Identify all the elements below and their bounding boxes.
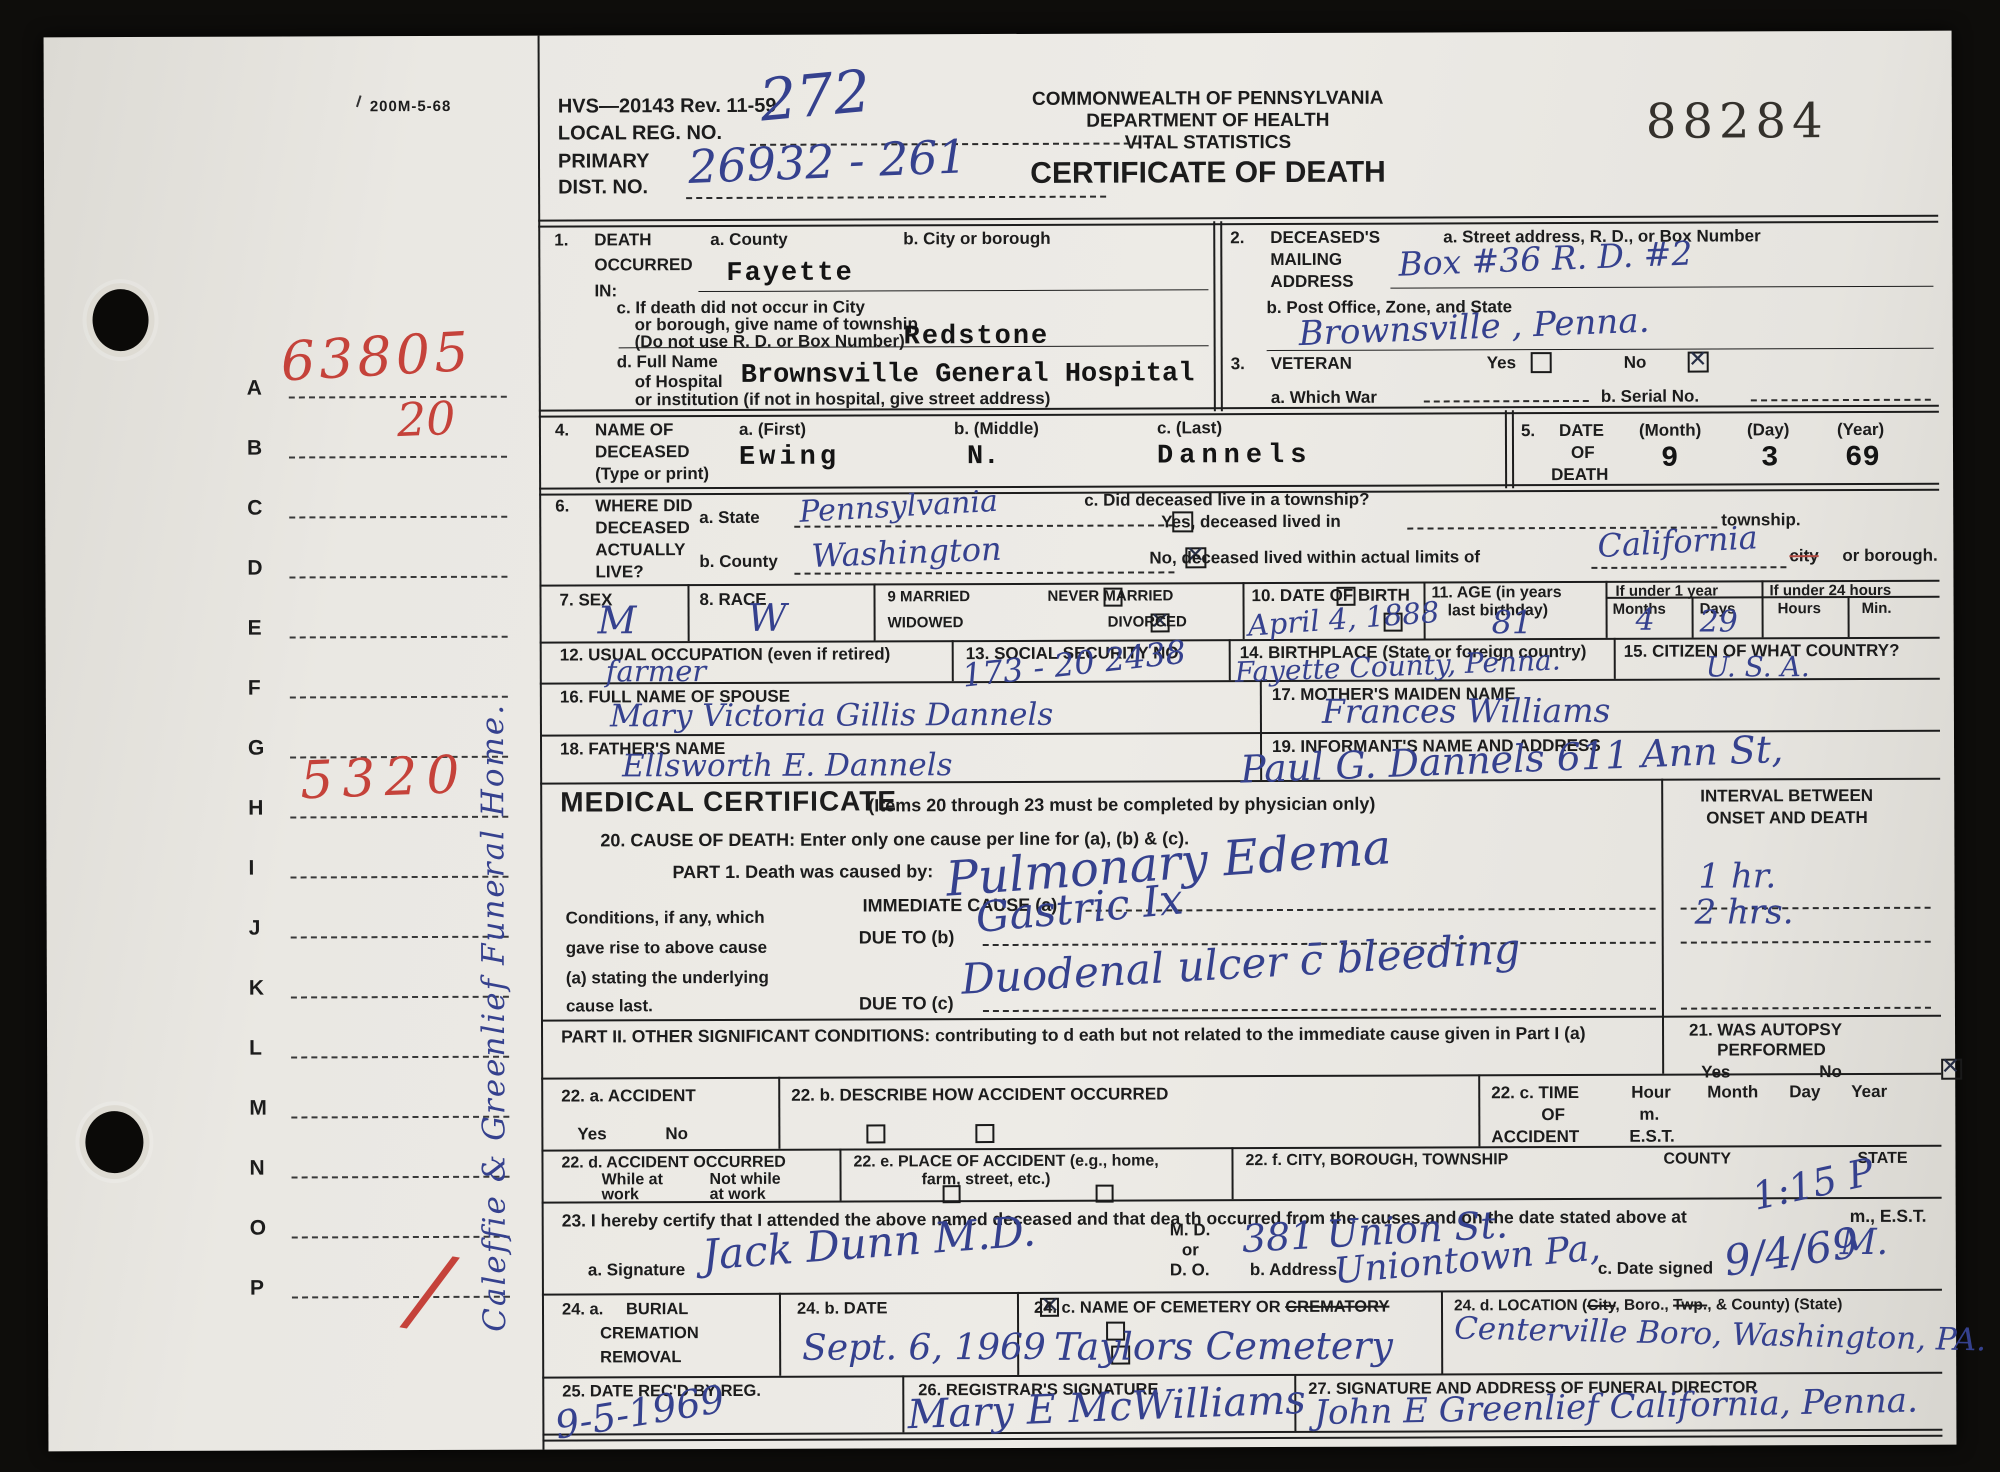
s21-label1: 21. WAS AUTOPSY	[1689, 1021, 1842, 1039]
s1-occurred: OCCURRED	[594, 256, 692, 274]
s22c-year: Year	[1851, 1083, 1887, 1101]
divider-race-marital	[873, 583, 875, 640]
medical-title: MEDICAL CERTIFICATE	[560, 786, 897, 816]
header-commonwealth: COMMONWEALTH OF PENNSYLVANIA	[998, 89, 1418, 110]
s5-year-value: 69	[1845, 441, 1880, 474]
s24-removal-label: REMOVAL	[600, 1349, 681, 1366]
margin-letter: J	[249, 917, 261, 941]
s22a-no-label: No	[665, 1125, 688, 1143]
s20-a-interval: 1 hr.	[1698, 859, 1776, 893]
s6-state-label: a. State	[699, 509, 760, 527]
s22a-no-checkbox	[975, 1124, 994, 1143]
primary-dist-value: 26932 - 261	[687, 133, 967, 190]
certificate-serial-number: 88284	[1646, 93, 1829, 150]
s3-veteran-label: VETERAN	[1271, 355, 1352, 373]
s4-first-value: Ewing	[739, 443, 840, 473]
margin-letter: M	[249, 1097, 267, 1121]
certificate-title: CERTIFICATE OF DEATH	[998, 157, 1418, 190]
divider-s1-s2	[1213, 221, 1223, 411]
scanned-death-certificate: 200M-5-68 A B C D E	[0, 0, 2000, 1472]
s3-serial-line	[1751, 397, 1931, 402]
s8-value: W	[748, 599, 787, 637]
margin-letter: E	[248, 617, 262, 641]
divider-months-days	[1692, 597, 1694, 638]
dist-no-label: DIST. NO.	[558, 177, 648, 198]
divider-ssn-birthplace	[1229, 639, 1231, 680]
margin-letter: G	[248, 737, 264, 761]
margin-dashed-line	[289, 516, 507, 519]
s4-deceased: DECEASED	[595, 443, 690, 461]
form-number: HVS—20143 Rev. 11-59	[558, 96, 777, 118]
divider-hours-min	[1848, 596, 1850, 637]
s22b-label: 22. b. DESCRIBE HOW ACCIDENT OCCURRED	[791, 1085, 1168, 1104]
s11-label1: 11. AGE (in years	[1431, 585, 1561, 602]
s6-live: LIVE?	[595, 563, 643, 581]
margin-letter: B	[247, 437, 262, 461]
s24-d-mid: , Boro.,	[1615, 1297, 1673, 1314]
s24-cremation-label: CREMATION	[600, 1325, 699, 1343]
margin-letter: N	[249, 1157, 264, 1181]
s6-num: 6.	[555, 498, 569, 516]
s6-no-line	[1591, 564, 1786, 569]
s3-serial-label: b. Serial No.	[1601, 388, 1699, 406]
margin-red-number-a: 63805	[279, 325, 474, 390]
s11-value: 81	[1492, 606, 1533, 638]
s1-num: 1.	[554, 232, 568, 250]
margin-dashed-line	[290, 636, 508, 639]
s21-yes-label: Yes	[1701, 1063, 1730, 1081]
margin-letter: O	[250, 1217, 266, 1241]
s4-last-label: c. (Last)	[1157, 419, 1222, 437]
margin-letter-row: E	[248, 616, 510, 643]
divider-22e-22f	[1231, 1147, 1233, 1199]
s24-d-post: , & County) (State)	[1707, 1296, 1842, 1313]
s17-value: Frances Williams	[1322, 694, 1611, 728]
s1-death: DEATH	[594, 231, 651, 249]
s21-yes-checkbox	[1941, 1059, 1962, 1080]
divider-24a-24b	[779, 1293, 781, 1376]
s2-mailing: MAILING	[1270, 251, 1342, 269]
s16-value: Mary Victoria Gillis Dannels	[610, 700, 1053, 733]
margin-letter-row: B	[247, 436, 509, 463]
s6-city-struck: city	[1789, 547, 1818, 565]
s23-or-label: or	[1182, 1241, 1199, 1259]
divider-under1-under24	[1761, 580, 1763, 637]
s22d-at-work: at work	[710, 1187, 766, 1204]
s4-num: 4.	[555, 422, 569, 440]
interval-label1: INTERVAL BETWEEN	[1700, 787, 1873, 805]
s6-actually: ACTUALLY	[595, 541, 685, 559]
s1-county-value: Fayette	[726, 259, 854, 289]
s5-day-label: (Day)	[1747, 421, 1790, 439]
s24-c-label-text: 24. c. NAME OF CEMETERY OR	[1034, 1298, 1285, 1317]
s22c-label3: ACCIDENT	[1491, 1128, 1579, 1146]
margin-letter-row: P	[250, 1276, 512, 1303]
s2-street-value: Box #36 R. D. #2	[1398, 236, 1693, 280]
margin-letter-row: K	[249, 976, 511, 1003]
local-reg-value: 272	[757, 62, 873, 130]
margin-letter: L	[249, 1037, 262, 1061]
margin-dashed-line	[290, 696, 508, 699]
s22a-label: 22. a. ACCIDENT	[561, 1087, 696, 1105]
s22c-day: Day	[1789, 1083, 1820, 1101]
s11-under24-label: If under 24 hours	[1769, 583, 1891, 599]
s24-date-value: Sept. 6, 1969	[802, 1330, 1046, 1367]
divider-age-under1	[1605, 581, 1607, 638]
s6-deceased: DECEASED	[595, 519, 690, 537]
s24-c-label: 24. c. NAME OF CEMETERY OR CREMATORY	[1034, 1299, 1389, 1317]
divider-s4-s5	[1505, 410, 1514, 488]
margin-letter-row: J	[249, 916, 511, 943]
s22a-yes-checkbox	[866, 1124, 885, 1143]
s5-of: OF	[1571, 444, 1595, 462]
s1-in: IN:	[594, 282, 617, 300]
s4-middle-value: N.	[967, 442, 1000, 472]
s23-signature-label: a. Signature	[588, 1261, 685, 1279]
s24-city-struck: City	[1587, 1297, 1615, 1314]
margin-letter-row: M	[249, 1096, 511, 1123]
s24-burial-label: BURIA​L	[626, 1301, 688, 1318]
s3-yes-checkbox	[1531, 352, 1552, 373]
s20-conditions-4: cause last.	[566, 997, 653, 1015]
s21-label2: PERFORMED	[1717, 1041, 1826, 1059]
s4-type-print: (Type or print)	[595, 465, 709, 483]
margin-letter: H	[248, 797, 263, 821]
margin-dashed-line	[289, 456, 507, 459]
s22c-label2: OF	[1541, 1106, 1565, 1124]
s23-date-signed-label: c. Date signed	[1598, 1260, 1713, 1278]
s3-num: 3.	[1231, 355, 1245, 373]
margin-letter-row: N	[249, 1156, 511, 1183]
s20-conditions-2: gave rise to above cause	[566, 939, 767, 957]
s1-d-line2: of Hospital	[635, 373, 723, 391]
s22c-month: Month	[1707, 1083, 1758, 1101]
s22e-label: 22. e. PLACE OF ACCIDENT (e.g., home,	[853, 1153, 1158, 1171]
s6-no-value: California	[1597, 521, 1759, 562]
s5-month-value: 9	[1661, 442, 1679, 475]
divider-sex-race	[687, 584, 689, 641]
s6-or-borough: or borough.	[1842, 547, 1937, 565]
divider-22b-22c	[1478, 1074, 1480, 1146]
s22c-est: E.S.T.	[1629, 1128, 1674, 1146]
s1-township-value: Redstone	[904, 322, 1050, 353]
margin-letter: A	[247, 377, 262, 401]
s20-due-b-label: DUE TO (b)	[859, 928, 955, 947]
s20-part1: PART 1. Death was caused by:	[672, 862, 933, 882]
interval-label2: ONSET AND DEATH	[1706, 809, 1868, 827]
s3-no-checkbox	[1688, 352, 1709, 373]
margin-letter-row: D	[247, 556, 509, 583]
s24-b-label: 24. b. DATE	[797, 1300, 888, 1317]
s1-d-line1: d. Full Name	[617, 353, 718, 371]
s5-year-label: (Year)	[1837, 421, 1884, 439]
s22a-yes-label: Yes	[577, 1125, 606, 1143]
s24-twp-struck: Twp.	[1673, 1297, 1707, 1314]
margin-letter: C	[247, 497, 262, 521]
s22c-hour: Hour	[1631, 1084, 1671, 1102]
s22c-m: m.	[1639, 1106, 1659, 1124]
s20-conditions-1: Conditions, if any, which	[566, 909, 765, 927]
margin-red-number-b: 20	[396, 395, 456, 443]
s22f-label: 22. f. CITY, BOROUGH, TOWNSHIP	[1245, 1152, 1508, 1170]
margin-letter-row: C	[247, 496, 509, 523]
s24-cemetery-value: Taylors Cemetery	[1054, 1327, 1393, 1366]
s3-war-label: a. Which War	[1271, 389, 1377, 407]
s1-hospital-value: Brownsville General Hospital	[741, 359, 1195, 391]
s23-do-label: D. O.	[1170, 1261, 1210, 1279]
primary-label: PRIMARY	[558, 151, 650, 172]
s4-first-label: a. (First)	[739, 421, 806, 439]
margin-letter: F	[248, 677, 261, 701]
divider-22a-22b	[778, 1077, 780, 1149]
s20-b-interval: 2 hrs.	[1695, 895, 1794, 929]
s6-yes-text: Yes, deceased lived in	[1161, 513, 1341, 531]
header-vital-statistics: VITAL STATISTICS	[998, 133, 1418, 154]
s22d-label: 22. d. ACCIDENT OCCURRED	[561, 1155, 785, 1172]
margin-vertical-note: Caleffie & Greenlief Funeral Home.	[477, 552, 511, 1332]
s22c-label1: 22. c. TIME	[1491, 1084, 1579, 1102]
s11-under1-label: If under 1 year	[1615, 583, 1718, 599]
margin-letter: I	[248, 857, 254, 881]
s3-no-label: No	[1624, 354, 1647, 372]
s1-county-label: a. County	[710, 231, 788, 249]
s11-min-label: Min.	[1862, 601, 1892, 617]
s24-crematory-struck: CREMATORY	[1285, 1298, 1389, 1316]
s9-widowed-label: WIDOWED	[888, 615, 964, 631]
s9-divorced-label: DIVORCED	[1108, 614, 1187, 630]
s2-address: ADDRESS	[1270, 273, 1353, 291]
s2-deceaseds: DECEASED'S	[1270, 229, 1380, 247]
s21-no-label: No	[1819, 1063, 1842, 1081]
part2-label: PART II. OTHER SIGNIFICANT CONDITIONS: c…	[561, 1024, 1586, 1046]
part2-label-rest: contributing to d eath but not related t…	[935, 1023, 1586, 1045]
margin-letter: P	[250, 1277, 264, 1301]
s4-middle-label: b. (Middle)	[954, 420, 1039, 438]
margin-letter-row: O	[250, 1216, 512, 1243]
part2-label-strong: PART II. OTHER SIGNIFICANT CONDITIONS:	[561, 1025, 930, 1046]
s5-num: 5.	[1521, 422, 1535, 440]
s11-hours-label: Hours	[1778, 601, 1821, 617]
divider-marital-dob	[1242, 582, 1244, 639]
s20-conditions-3: (a) stating the underlying	[566, 969, 769, 987]
margin-letter: D	[247, 557, 262, 581]
margin-letter-row: I	[248, 856, 510, 883]
s4-last-value: Dannels	[1157, 441, 1313, 472]
margin-letter-row: F	[248, 676, 510, 703]
s9-never-married-label: NEVER MARRIED	[1047, 588, 1173, 604]
s5-date: DATE	[1559, 422, 1604, 440]
s22f-county: COUNTY	[1663, 1151, 1731, 1168]
s15-value: U. S. A.	[1706, 653, 1810, 681]
s1-d-line3: or institution (if not in hospital, give…	[635, 390, 1051, 409]
s6-where-did: WHERE DID	[595, 497, 692, 515]
s23-md-label: M. D.	[1170, 1221, 1211, 1239]
header-department: DEPARTMENT OF HEALTH	[998, 111, 1418, 132]
s5-death: DEATH	[1551, 466, 1608, 484]
s4-name-of: NAME OF	[595, 421, 673, 439]
s11-months-value: 4	[1636, 606, 1655, 636]
s22d-at-work-checkbox	[1095, 1185, 1113, 1203]
s18-value: Ellsworth E. Dannels	[622, 750, 953, 782]
s6-county-value: Washington	[811, 533, 1002, 572]
margin-letter-row: L	[249, 1036, 511, 1063]
divider-22d-22e	[839, 1149, 841, 1201]
margin-red-number-h: 5320	[299, 749, 469, 807]
s24-a-prefix: 24. a.	[562, 1301, 603, 1318]
s5-month-label: (Month)	[1639, 422, 1701, 440]
s1-city-label: b. City or borough	[903, 230, 1050, 248]
medical-subtitle: (Items 20 through 23 must be completed b…	[868, 795, 1375, 815]
margin-dashed-line	[289, 576, 507, 579]
s22e-label2: farm, street, etc.)	[922, 1172, 1051, 1189]
s1-c-line3: (Do not use R. D. or Box Number)	[635, 332, 905, 351]
s22d-work: work	[602, 1187, 639, 1204]
s7-value: M	[598, 601, 637, 639]
divider-occ-ssn	[952, 640, 954, 681]
s6-county-label: b. County	[699, 553, 777, 571]
s20-due-c-label: DUE TO (c)	[859, 994, 954, 1013]
s23-address-label: b. Address	[1250, 1261, 1337, 1279]
s23-certify-text: 23. I hereby certify that I attended the…	[562, 1208, 1687, 1230]
s9-married-label: 9 MARRIED	[887, 589, 970, 605]
s12-value: farmer	[606, 657, 707, 686]
s6-no-text: No, deceased lived within actual limits …	[1149, 548, 1480, 567]
s6-township-question: c. Did deceased live in a township?	[1084, 491, 1369, 510]
s5-day-value: 3	[1761, 441, 1779, 474]
margin-letter: K	[249, 977, 264, 1001]
s3-war-line	[1424, 398, 1589, 403]
s2-num: 2.	[1230, 229, 1244, 247]
divider-birthplace-citizen	[1614, 638, 1616, 679]
s11-days-value: 29	[1700, 607, 1738, 637]
divider-24c-24d	[1441, 1290, 1443, 1373]
s3-yes-label: Yes	[1487, 354, 1516, 372]
divider-25-26	[902, 1375, 904, 1432]
